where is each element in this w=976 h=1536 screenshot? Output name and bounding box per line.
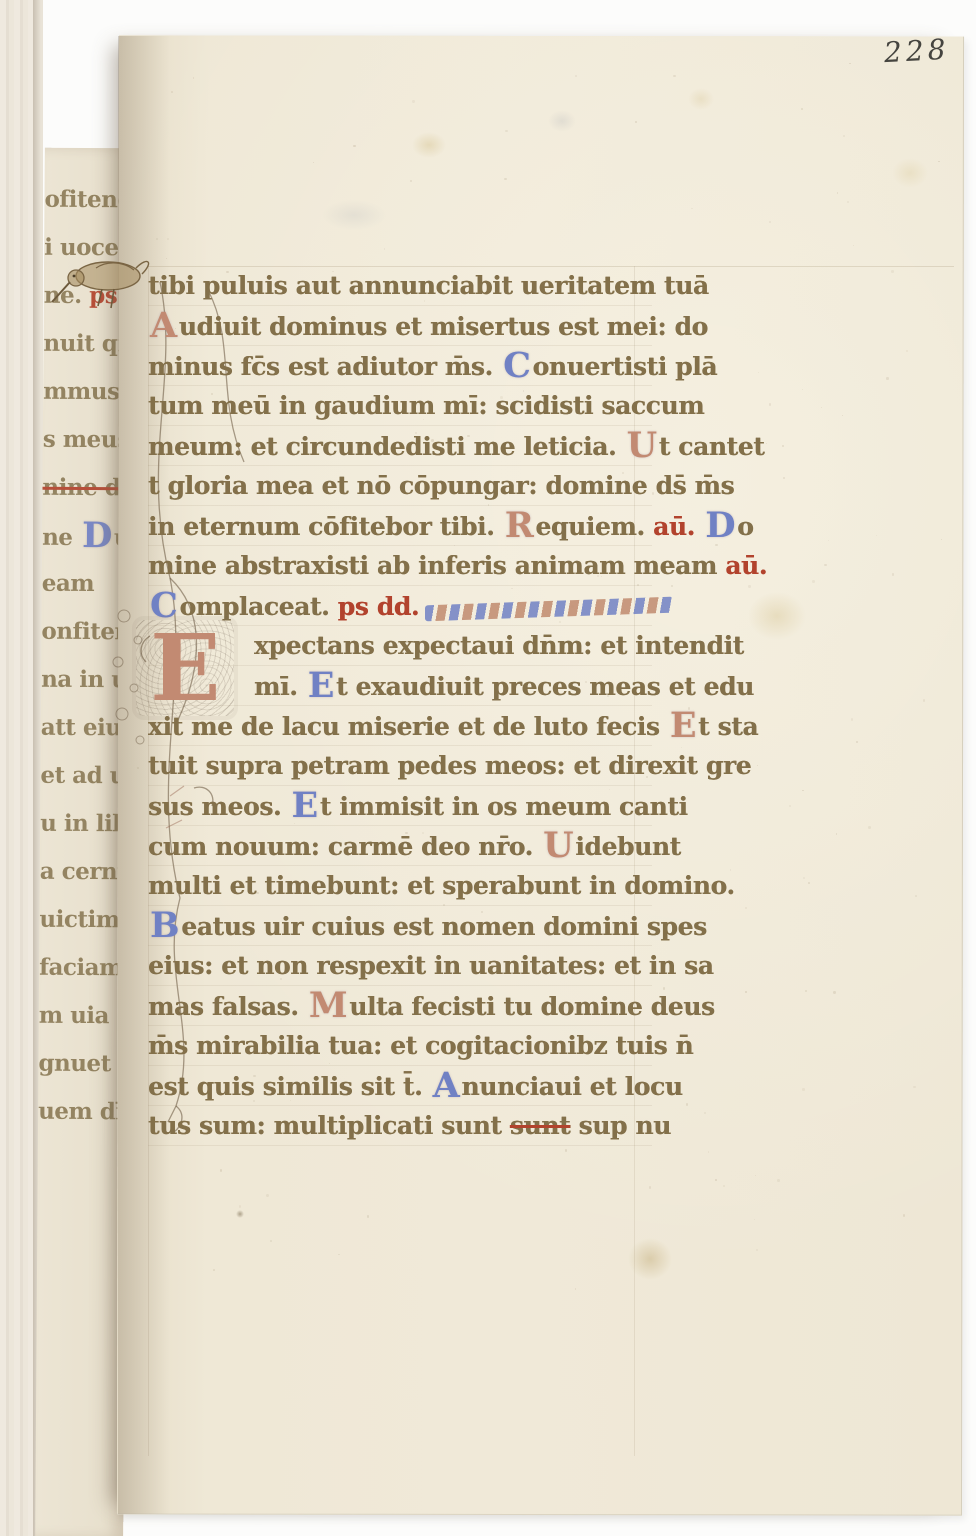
decorated-initial: E xyxy=(290,785,320,826)
decorated-initial: R xyxy=(503,505,536,546)
text-line: cum nouum: carmē deo nr̄o. Uidebunt xyxy=(148,826,652,866)
book-page-edges xyxy=(0,0,34,1536)
text-line: Audiuit dominus et misertus est mei: do xyxy=(148,306,652,346)
body-text: multi et timebunt: et sperabunt in domin… xyxy=(148,871,735,900)
body-text: onuertisti plā xyxy=(533,352,718,381)
body-text: idebunt xyxy=(575,832,680,861)
body-text: tuit supra petram pedes meos: et direxit… xyxy=(148,751,751,780)
rubric-text: ps dd. xyxy=(338,592,420,621)
text-block: tibi puluis aut annunciabit ueritatem tu… xyxy=(148,266,652,1146)
text-line: mas falsas. Multa fecisti tu domine deus xyxy=(148,986,652,1026)
body-text: mī. xyxy=(254,672,306,701)
text-line: meum: et circundedisti me leticia. Ut ca… xyxy=(148,426,652,466)
body-text: m̄s mirabilia tua: et cogitacionibz tuis… xyxy=(148,1031,693,1060)
body-text: eius: et non respexit in uanitates: et i… xyxy=(148,951,714,980)
text-line: est quis similis sit t̄. Anunciaui et lo… xyxy=(148,1066,652,1106)
body-text: t immisit in os meum canti xyxy=(320,792,688,821)
rubric-text: aū. xyxy=(653,512,703,541)
body-text: udiuit dominus et misertus est mei: do xyxy=(179,312,708,341)
body-text: o xyxy=(737,512,753,541)
text-line: mine abstraxisti ab inferis animam meam … xyxy=(148,546,652,586)
body-text: est quis similis sit t̄. xyxy=(148,1072,431,1101)
text-line: tuit supra petram pedes meos: et direxit… xyxy=(148,746,652,786)
rubric-text: aū. xyxy=(725,551,767,580)
body-text: t cantet xyxy=(659,432,765,461)
text-line: Beatus uir cuius est nomen domini spes xyxy=(148,906,652,946)
body-text: tibi puluis aut annunciabit ueritatem tu… xyxy=(148,271,709,300)
manuscript-photo: ofitendis dīi uocem m̄ne. ps xnuit qm̄ i… xyxy=(0,0,976,1536)
body-text: t sta xyxy=(698,712,758,741)
decorated-initial: B xyxy=(148,905,181,946)
text-line: m̄s mirabilia tua: et cogitacionibz tuis… xyxy=(148,1026,652,1066)
decorated-initial: A xyxy=(431,1065,462,1106)
text-line: tibi puluis aut annunciabit ueritatem tu… xyxy=(148,266,652,306)
decorated-initial: D xyxy=(703,505,737,546)
body-text: ofitendis dī xyxy=(44,186,128,214)
decorated-initial: C xyxy=(501,345,532,386)
text-line: eius: et non respexit in uanitates: et i… xyxy=(148,946,652,986)
bird-icon xyxy=(46,246,162,326)
text-line: multi et timebunt: et sperabunt in domin… xyxy=(148,866,652,906)
text-line: minus fc̄s est adiutor m̄s. Conuertisti … xyxy=(148,346,652,386)
decorated-initial: A xyxy=(148,305,179,346)
body-text: equiem. xyxy=(535,512,653,541)
body-text: sus meos. xyxy=(148,792,290,821)
decorated-initial: U xyxy=(625,425,659,466)
struck-text: sunt xyxy=(510,1111,570,1140)
body-text: in eternum cōfitebor tibi. xyxy=(148,512,503,541)
text-line: mī. Et exaudiuit preces meas et edu xyxy=(148,666,652,706)
text-line: ofitendis dī xyxy=(44,176,128,225)
line-filler-ornament xyxy=(425,596,673,621)
body-text: ulta fecisti tu domine deus xyxy=(349,992,714,1021)
folio-number: 228 xyxy=(883,32,965,69)
body-text: meum: et circundedisti me leticia. xyxy=(148,432,625,461)
body-text: xit me de lacu miserie et de luto fecis xyxy=(148,712,668,741)
body-text: nunciaui et locu xyxy=(461,1072,682,1101)
body-text: mine abstraxisti ab inferis animam meam xyxy=(148,551,725,580)
body-text: t exaudiuit preces meas et edu xyxy=(336,672,754,701)
text-line: tum meū in gaudium mī: scidisti saccum xyxy=(148,386,652,426)
body-text: minus fc̄s est adiutor m̄s. xyxy=(148,352,501,381)
body-text: t gloria mea et nō cōpungar: domine ds̄ … xyxy=(148,471,734,500)
body-text: xpectans expectaui dn̄m: et intendit xyxy=(254,631,744,660)
text-line: in eternum cōfitebor tibi. Requiem. aū. … xyxy=(148,506,652,546)
text-line: sus meos. Et immisit in os meum canti xyxy=(148,786,652,826)
body-text: eatus uir cuius est nomen domini spes xyxy=(181,912,707,941)
body-text: tus sum: multiplicati sunt xyxy=(148,1111,510,1140)
body-text: tum meū in gaudium mī: scidisti saccum xyxy=(148,391,704,420)
decorated-initial: M xyxy=(307,985,349,1026)
decorated-initial: E xyxy=(668,705,698,746)
decorated-initial: U xyxy=(541,825,575,866)
body-text: mas falsas. xyxy=(148,992,307,1021)
body-text: sup nu xyxy=(570,1111,671,1140)
decorated-initial: E xyxy=(306,665,336,706)
text-line: xpectans expectaui dn̄m: et intendit xyxy=(148,626,652,666)
body-text: cum nouum: carmē deo nr̄o. xyxy=(148,832,541,861)
text-line: xit me de lacu miserie et de luto fecis … xyxy=(148,706,652,746)
text-line: t gloria mea et nō cōpungar: domine ds̄ … xyxy=(148,466,652,506)
text-line: tus sum: multiplicati sunt sunt sup nu xyxy=(148,1106,652,1146)
